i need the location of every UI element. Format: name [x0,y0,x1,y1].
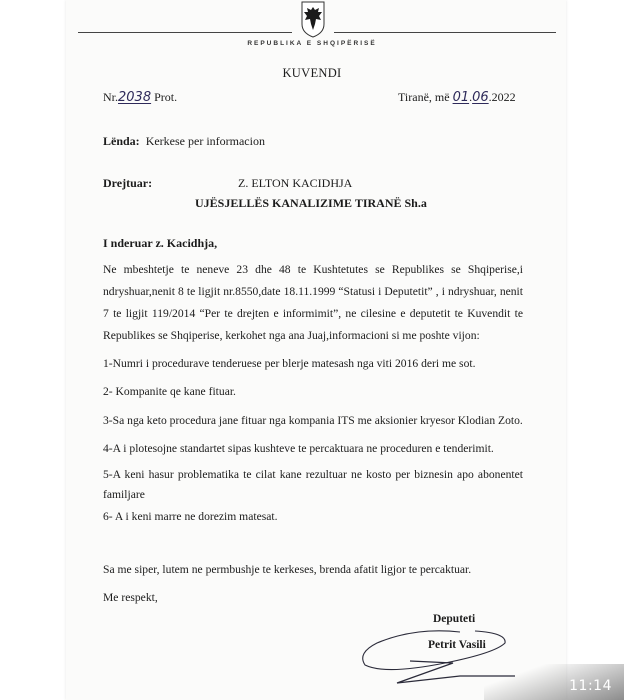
letterhead-country: REPUBLIKA E SHQIPËRISË [0,40,624,47]
subject-line: Lënda: Kerkese per informacion [103,134,265,149]
protocol-number-value: 2038 [118,90,151,105]
albanian-coat-of-arms-icon [300,0,326,38]
place-date: Tiranë, më 01.06.2022 [398,90,516,105]
request-item: 1-Numri i procedurave tenderuese per ble… [103,357,475,370]
letterhead-institution: KUVENDI [0,66,624,81]
request-item: 2- Kompanite qe kane fituar. [103,385,236,398]
addressee-name: Z. ELTON KACIDHJA [238,176,352,191]
protocol-label: Prot. [154,90,177,104]
greeting: I nderuar z. Kacidhja, [103,236,217,251]
signature-title: Deputeti [433,613,475,625]
date-month: 06 [472,90,489,105]
subject-label: Lënda: [103,134,140,148]
request-item: 4-A i plotesojne standartet sipas kushte… [103,442,494,455]
closing-salutation: Me respekt, [103,591,158,604]
intro-paragraph: Ne mbeshtetje te neneve 23 dhe 48 te Kus… [103,259,523,347]
request-item: 5-A keni hasur problematika te cilat kan… [103,465,523,505]
header-rule-left [78,32,292,33]
header-rule-right [334,32,556,33]
addressee-organization: UJËSJELLËS KANALIZIME TIRANË Sh.a [195,196,427,211]
request-item: 3-Sa nga keto procedura jane fituar nga … [103,414,523,427]
date-day: 01 [453,90,470,105]
video-timestamp: 11:14 [569,678,612,694]
subject-value: Kerkese per informacion [146,134,265,148]
addressee-label: Drejtuar: [103,176,152,191]
protocol-number-label: Nr. [103,90,118,104]
request-item: 6- A i keni marre ne dorezim matesat. [103,510,278,523]
video-timestamp-overlay: 11:14 [484,664,624,700]
place-label: Tiranë, më [398,90,450,104]
closing-paragraph: Sa me siper, lutem ne permbushje te kerk… [103,563,471,576]
date-year: 2022 [492,90,516,104]
protocol-number: Nr.2038 Prot. [103,90,177,105]
